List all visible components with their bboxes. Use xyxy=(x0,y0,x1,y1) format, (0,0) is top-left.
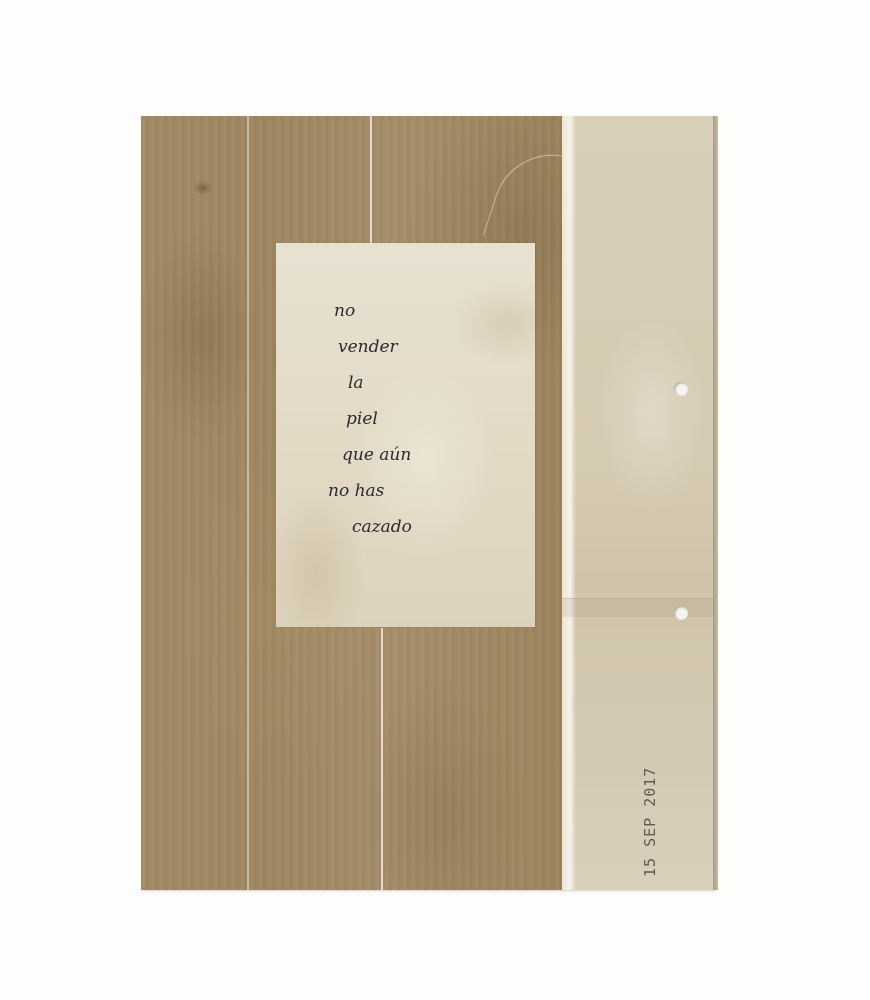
fold-line xyxy=(247,116,249,890)
tape-overlap xyxy=(562,598,715,617)
poem-line: piel xyxy=(346,401,412,437)
scan-background: 15 SEP 2017 no vender la piel que aún no… xyxy=(0,0,870,1000)
punch-hole-icon xyxy=(674,606,688,620)
collage-board: 15 SEP 2017 no vender la piel que aún no… xyxy=(141,116,715,890)
fold-line xyxy=(370,116,372,244)
paper-crack xyxy=(483,139,572,254)
poem-line: la xyxy=(348,365,412,401)
date-stamp: 15 SEP 2017 xyxy=(641,767,659,877)
fold-line xyxy=(381,628,383,890)
poem-line: que aún xyxy=(342,437,412,473)
edge-shadow xyxy=(713,116,718,890)
pale-paper-strip xyxy=(562,116,715,890)
punch-hole-icon xyxy=(674,382,688,396)
handwritten-text: no vender la piel que aún no has cazado xyxy=(334,293,412,545)
poem-line: vender xyxy=(338,329,412,365)
poem-line: cazado xyxy=(352,509,412,545)
handwritten-note: no vender la piel que aún no has cazado xyxy=(276,243,535,627)
poem-line: no has xyxy=(328,473,412,509)
poem-line: no xyxy=(334,293,412,329)
